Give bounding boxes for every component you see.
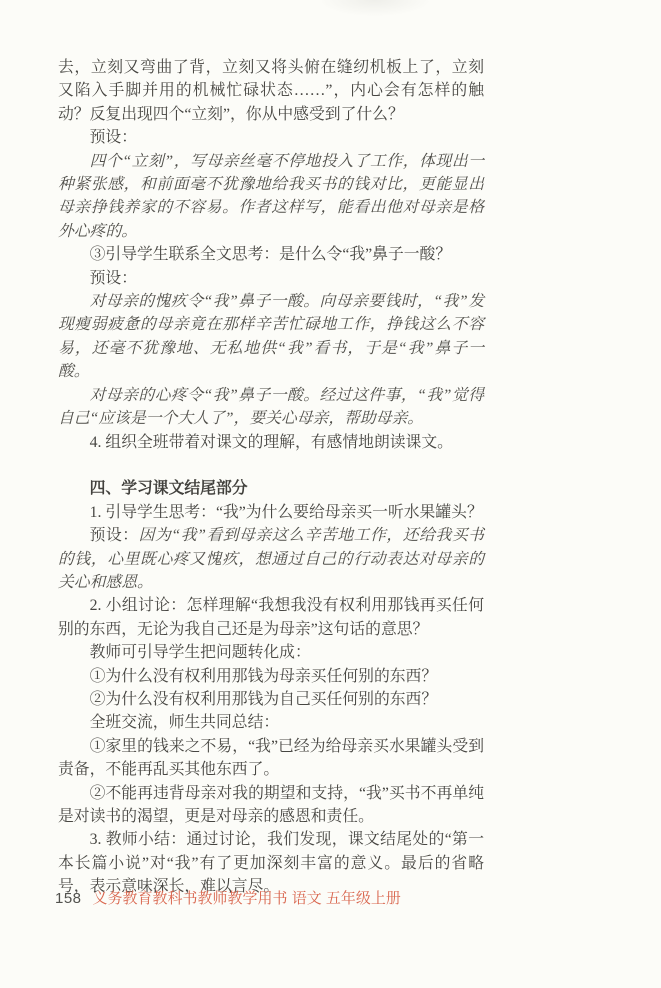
- scan-shadow: [300, 0, 450, 22]
- paragraph: 四个“立刻”，写母亲丝毫不停地投入了工作，体现出一种紧张感，和前面毫不犹豫地给我…: [58, 150, 484, 244]
- paragraph: ②为什么没有权利用那钱为自己买任何别的东西？: [58, 688, 484, 711]
- paragraph: ①家里的钱来之不易，“我”已经为给母亲买水果罐头受到责备，不能再乱买其他东西了。: [58, 735, 484, 782]
- paragraph: 对母亲的心疼令“我”鼻子一酸。经过这件事，“我”觉得自己“应该是一个大人了”，要…: [58, 384, 484, 431]
- paragraph: 预设：: [58, 267, 484, 290]
- section-heading: 四、学习课文结尾部分: [58, 477, 484, 500]
- paragraph: 全班交流，师生共同总结：: [58, 711, 484, 734]
- paragraph: 1. 引导学生思考：“我”为什么要给母亲买一听水果罐头？: [58, 501, 484, 524]
- paragraph: 对母亲的愧疚令“我”鼻子一酸。向母亲要钱时，“我”发现瘦弱疲惫的母亲竟在那样辛苦…: [58, 290, 484, 384]
- page: { "document": { "paragraphs": [ { "type"…: [0, 0, 661, 988]
- paragraph: 去，立刻又弯曲了背，立刻又将头俯在缝纫机板上了，立刻又陷入手脚并用的机械忙碌状态…: [58, 56, 484, 126]
- book-page: 去，立刻又弯曲了背，立刻又将头俯在缝纫机板上了，立刻又陷入手脚并用的机械忙碌状态…: [0, 0, 661, 988]
- paragraph: 预设：: [58, 126, 484, 149]
- paragraph: 教师可引导学生把问题转化成：: [58, 641, 484, 664]
- paragraph: ①为什么没有权利用那钱为母亲买任何别的东西？: [58, 665, 484, 688]
- paragraph: ③引导学生联系全文思考：是什么令“我”鼻子一酸？: [58, 243, 484, 266]
- book-title: 义务教育教科书教师教学用书 语文 五年级上册: [93, 890, 401, 907]
- text-block: 去，立刻又弯曲了背，立刻又将头俯在缝纫机板上了，立刻又陷入手脚并用的机械忙碌状态…: [58, 56, 484, 899]
- preset-label: 预设：: [90, 527, 139, 544]
- page-number: 158: [55, 890, 82, 907]
- paragraph: 2. 小组讨论：怎样理解“我想我没有权利用那钱再买任何别的东西，无论为我自己还是…: [58, 594, 484, 641]
- paragraph: 4. 组织全班带着对课文的理解，有感情地朗读课文。: [58, 431, 484, 454]
- footer: 158义务教育教科书教师教学用书 语文 五年级上册: [55, 889, 615, 909]
- paragraph: ②不能再违背母亲对我的期望和支持，“我”买书不再单纯是对读书的渴望，更是对母亲的…: [58, 782, 484, 829]
- paragraph: 预设：因为“我”看到母亲这么辛苦地工作，还给我买书的钱，心里既心疼又愧疚，想通过…: [58, 524, 484, 594]
